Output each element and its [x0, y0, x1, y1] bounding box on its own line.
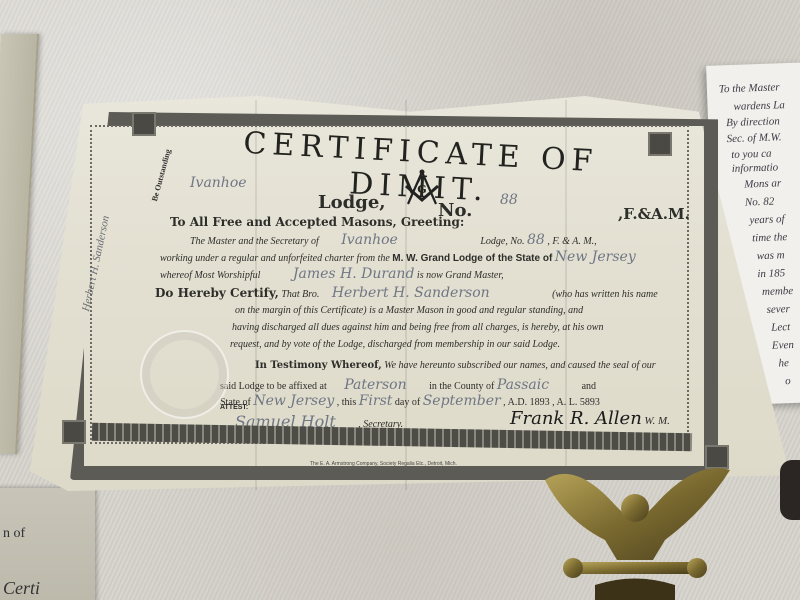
grand-master-field: James H. Durand: [293, 266, 415, 282]
letter-line: to you ca: [731, 148, 772, 161]
ad-year: , A.D. 1893: [503, 397, 549, 408]
county-label: in the County of: [429, 381, 494, 392]
corner-ornament: [62, 420, 86, 444]
brass-eagle-icon: [535, 450, 735, 600]
state2-field: New Jersey: [253, 393, 334, 409]
lodge-name-field: Ivanhoe: [190, 175, 247, 191]
body-line-1: on the margin of this Certificate) is a …: [235, 305, 583, 316]
letter-line: sever: [766, 303, 790, 316]
letter-line: in 185: [757, 267, 785, 280]
testimony2-prefix: said Lodge to be affixed at: [220, 381, 327, 392]
corner-ornament: [648, 132, 672, 156]
line2-prefix: working under a regular and unforfeited …: [160, 253, 390, 264]
day-field: First: [359, 393, 393, 409]
letter-line: By direction: [726, 115, 780, 129]
letter-line: Lect: [771, 321, 790, 334]
bottom-left-document: n of Certi: [0, 488, 95, 600]
letter-line: membe: [762, 285, 794, 298]
svg-text:G: G: [417, 183, 426, 196]
testimony-label: In Testimony Whereof,: [255, 360, 382, 371]
letter-line: Sec. of M.W.: [726, 131, 781, 145]
corner-ornament: [132, 112, 156, 136]
letter-line: Mons ar: [744, 177, 781, 190]
letter-line: years of: [749, 213, 785, 226]
line1-end: , F. & A. M.,: [547, 236, 596, 247]
letter-line: Even: [772, 339, 794, 352]
day-of-label: day of: [395, 397, 420, 408]
line3-prefix: whereof Most Worshipful: [160, 270, 260, 281]
greeting: To All Free and Accepted Masons, Greetin…: [170, 215, 464, 229]
letter-line: wardens La: [733, 99, 785, 113]
body-line-2: having discharged all dues against him a…: [232, 322, 603, 333]
line1-lodge-field: Ivanhoe: [341, 232, 398, 248]
bottom-doc-text: n of: [3, 526, 25, 542]
letter-line: was m: [757, 249, 785, 262]
attest-label: ATTEST:: [220, 404, 248, 411]
letter-line: No. 82: [745, 196, 775, 209]
month-field: September: [423, 393, 501, 409]
certify-label: Do Hereby Certify,: [155, 286, 279, 300]
lodge-label: Lodge,: [318, 192, 386, 213]
letter-line: he: [778, 357, 789, 369]
master-signature: Frank R. Allen: [510, 408, 642, 429]
line1-suffix: Lodge, No.: [480, 236, 524, 247]
master-label: W. M.: [644, 415, 670, 427]
letter-line: informatio: [732, 161, 779, 175]
bottom-doc-script: Certi: [3, 578, 40, 599]
certify-paren: (who has written his name: [552, 289, 658, 300]
county-field: Passaic: [497, 377, 549, 393]
rite-suffix: ,F.&A.M.: [618, 205, 690, 223]
body-line-3: request, and by vote of the Lodge, disch…: [230, 339, 560, 350]
letter-line: To the Master: [719, 81, 780, 95]
dark-object: [780, 460, 800, 520]
line1-prefix: The Master and the Secretary of: [190, 236, 319, 247]
state-field: New Jersey: [555, 249, 636, 265]
square-and-compasses-icon: G: [402, 168, 442, 208]
line1-number-field: 88: [527, 232, 545, 248]
and-label: and: [582, 381, 596, 392]
letter-line: o: [785, 375, 791, 387]
al-year: , A. L. 5893: [552, 397, 600, 408]
line3-suffix: is now Grand Master,: [417, 270, 504, 281]
brother-name-field: Herbert H. Sanderson: [332, 285, 490, 301]
testimony-line-1: We have hereunto subscribed our names, a…: [384, 360, 655, 371]
certify-that: That Bro.: [281, 289, 319, 300]
place-field: Paterson: [344, 377, 406, 393]
embossed-seal: [140, 330, 229, 419]
letter-line: time the: [752, 231, 788, 244]
lodge-number-field: 88: [500, 192, 518, 208]
this-label: , this: [337, 397, 356, 408]
printer-credit: The E. A. Armstrong Company, Society Reg…: [310, 461, 457, 467]
grand-lodge-label: M. W. Grand Lodge of the State of: [392, 253, 552, 264]
